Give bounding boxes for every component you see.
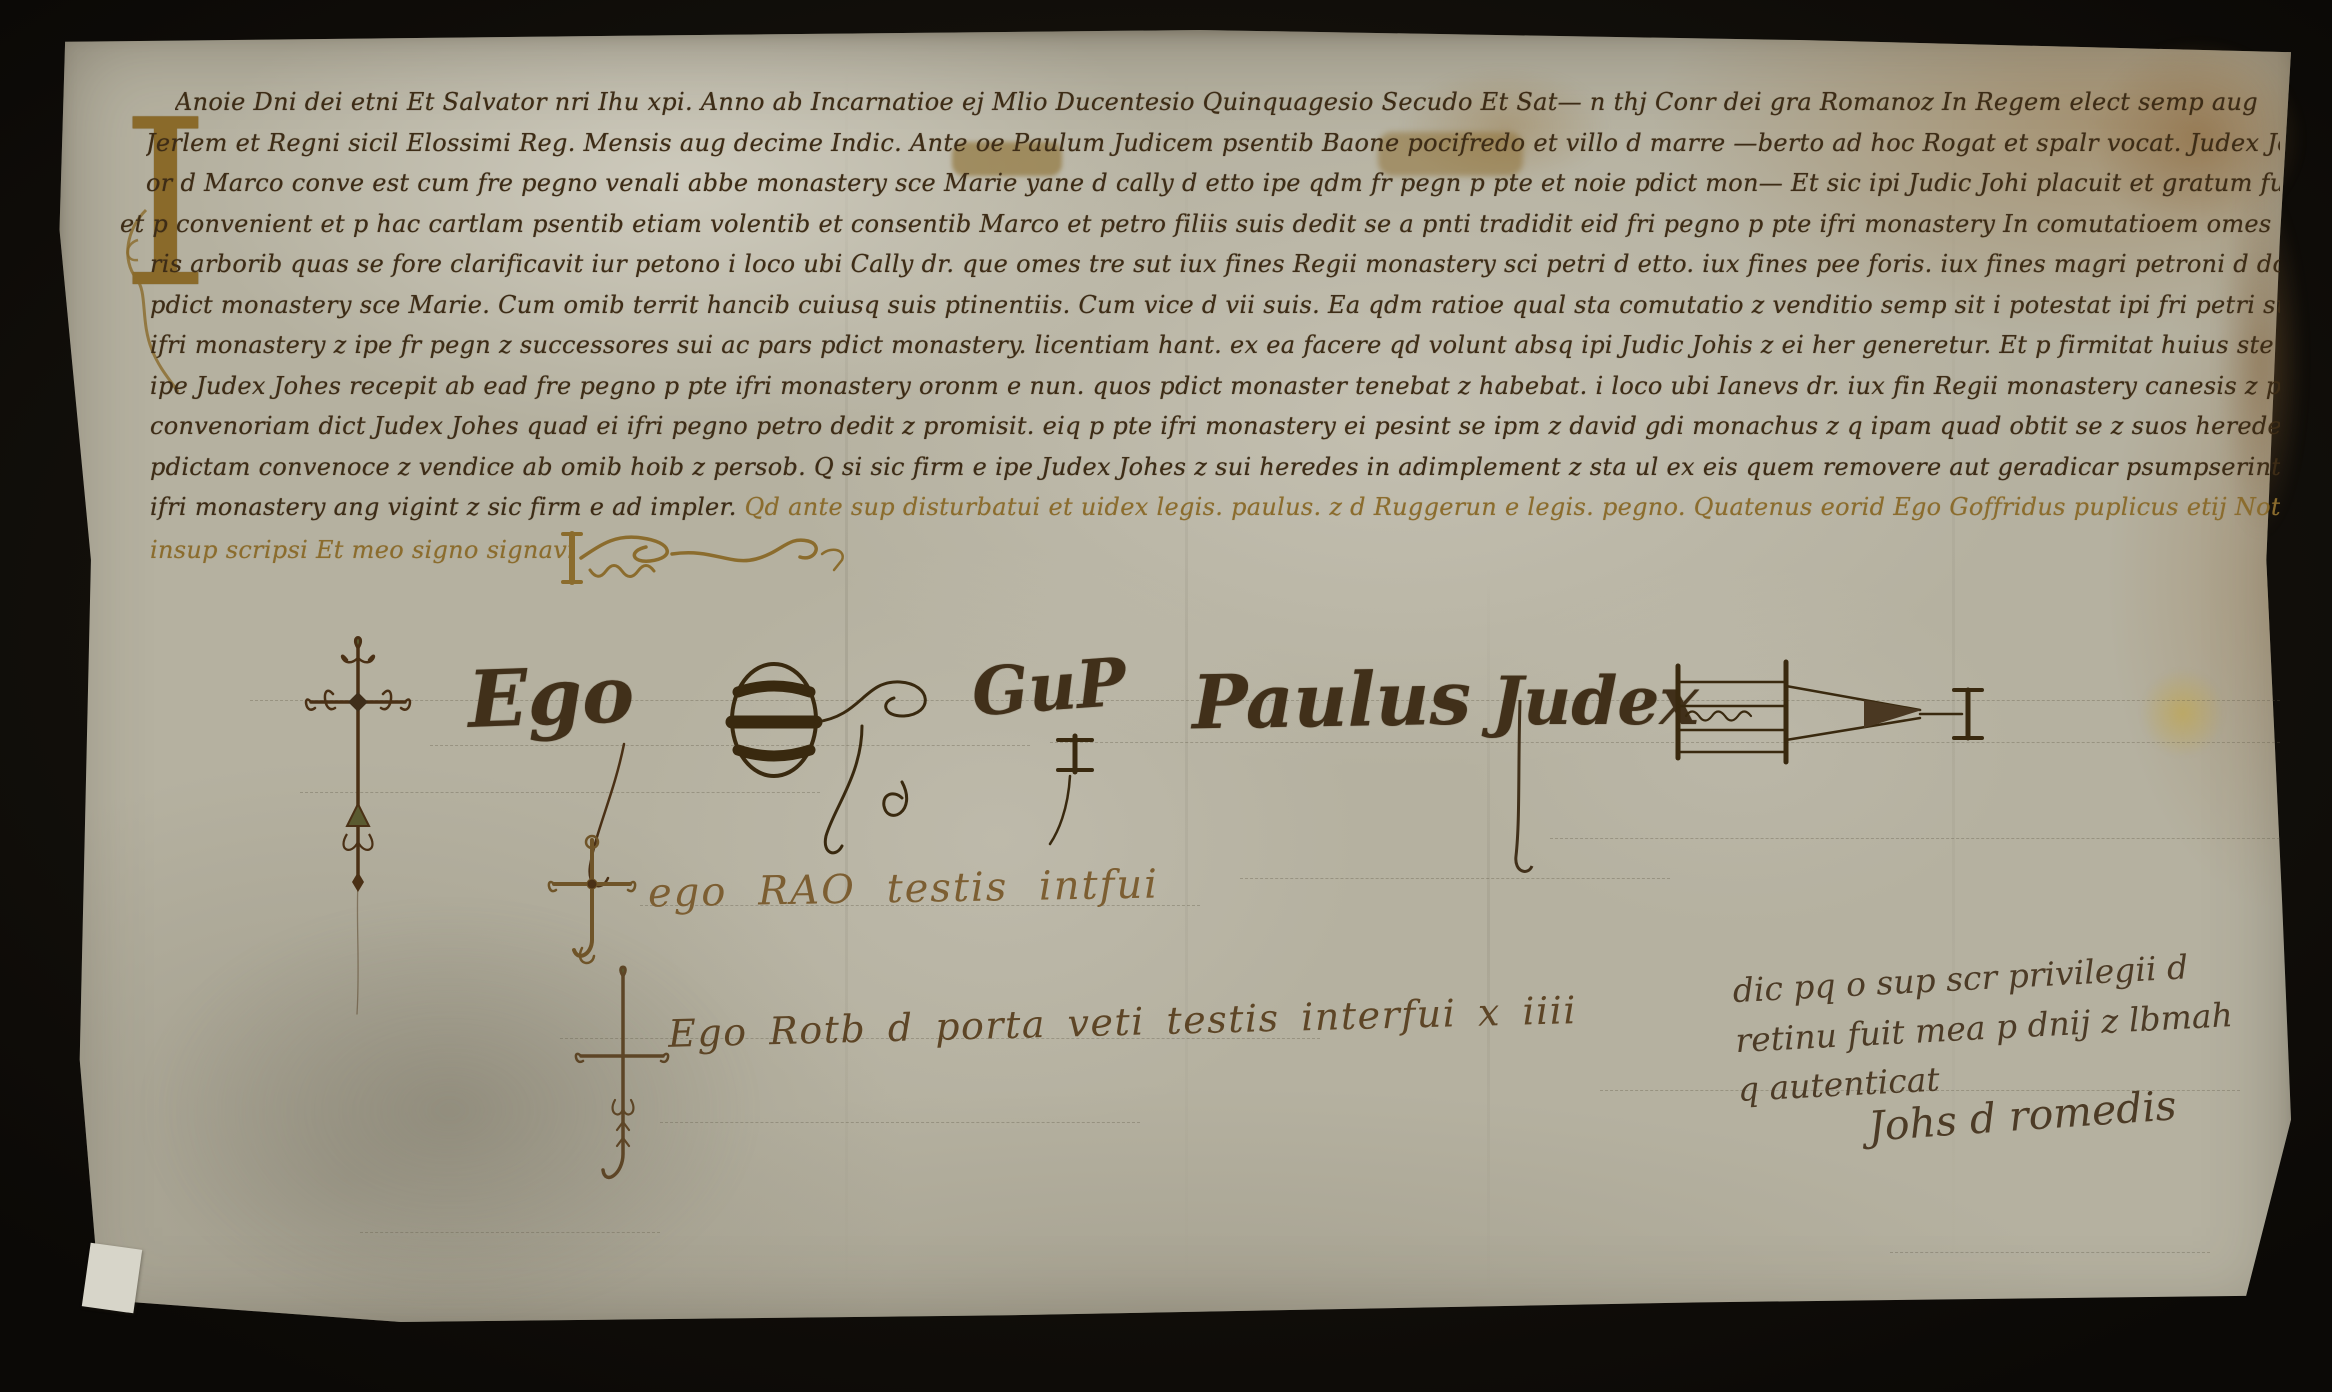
witness-cross-icon: [548, 832, 638, 972]
charter-line: ris arborib quas se fore clarificavit iu…: [150, 250, 2280, 278]
charter-line: Anoie Dni dei etni Et Salvator nri Ihu x…: [175, 88, 2280, 116]
charter-line: or d Marco conve est cum fre pegno venal…: [146, 169, 2280, 197]
stain: [2140, 668, 2225, 758]
charter-line: convenoriam dict Judex Johes quad ei ifr…: [150, 412, 2280, 440]
witness-line: ego RAO testis intfui: [648, 862, 1160, 917]
ladder-sign-icon: [1668, 658, 1998, 778]
witness-cross-icon: [575, 962, 670, 1202]
ruling-line: [1550, 838, 2280, 839]
notary-flourish-icon: [560, 524, 860, 594]
ruling-line: [1240, 878, 1670, 879]
ruling-line: [1890, 1252, 2210, 1253]
charter-line: et p convenient et p hac cartlam psentib…: [120, 210, 2280, 238]
gup-ibeam-icon: [1040, 732, 1110, 852]
charter-line: pdict monastery sce Marie. Cum omib terr…: [150, 291, 2280, 319]
later-annotation: dic pq o sup scr privilegii d retinu fui…: [1731, 938, 2278, 1115]
charter-line-gold-ink: Qd ante sup disturbatui et uidex legis. …: [745, 493, 2280, 521]
judex-descender-icon: [1508, 700, 1548, 880]
charter-line: ipe Judex Johes recepit ab ead fre pegno…: [150, 372, 2280, 400]
charter-line: ifri monastery z ipe fr pegn z successor…: [150, 331, 2280, 359]
photo-canvas: I Anoie Dni dei etni Et Salvator nri Ihu…: [0, 0, 2332, 1392]
corner-repair-patch: [82, 1243, 142, 1314]
charter-line: Jerlem et Regni sicil Elossimi Reg. Mens…: [146, 129, 2280, 157]
paulus-signum: Paulus: [1191, 656, 1471, 747]
charter-line: pdictam convenoce z vendice ab omib hoib…: [150, 453, 2280, 481]
signum-cross-icon: [303, 628, 413, 1018]
ruling-line: [360, 1232, 660, 1233]
charter-line: ifri monastery ang vigint z sic firm e a…: [150, 493, 2280, 521]
fold-crease: [1487, 560, 1490, 1300]
ruling-line: [660, 1122, 1140, 1123]
gup-signum: GuP: [969, 643, 1128, 732]
ego-monogram: Ego: [466, 649, 635, 746]
charter-line-dark-ink: ifri monastery ang vigint z sic firm e a…: [150, 493, 745, 521]
